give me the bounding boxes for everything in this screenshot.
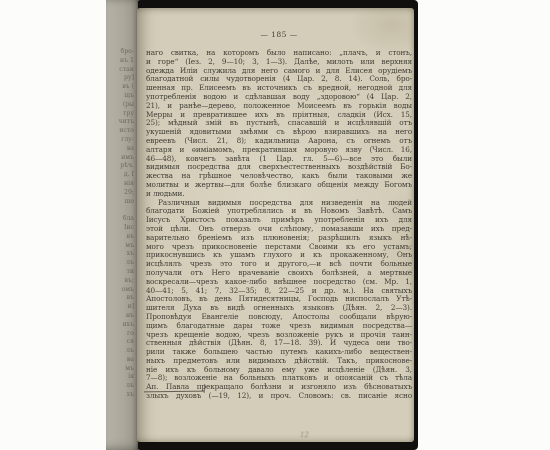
gutter-text-fragment: въ;: [108, 277, 134, 286]
gutter-text-fragment: ва: [108, 356, 134, 365]
gutter-text-fragments: бро-нъ 1станру]въ (щъ(рытручитъистоглу-в…: [108, 48, 134, 408]
facing-page-edge: бро-нъ 1станру]въ (щъ(рытручитъистоглу-в…: [106, 0, 138, 450]
gutter-text-fragment: лъ: [108, 347, 134, 356]
gutter-text-fragment: читъ: [108, 118, 134, 127]
gutter-text-fragment: 29;: [108, 189, 134, 198]
book-page: — 185 — наго свитка, на которомъ было на…: [137, 8, 414, 442]
gutter-text-fragment: рѣч.: [108, 162, 134, 171]
gutter-text-fragment: ихъ: [108, 321, 134, 330]
gutter-text-fragment: хъ: [108, 250, 134, 259]
gutter-text-fragment: лъ: [108, 259, 134, 268]
gutter-text-fragment: имъ: [108, 154, 134, 163]
text-line: злыхъ духовъ (—19, 12), и проч. Словомъ:…: [146, 392, 412, 401]
gutter-text-fragment: тру: [108, 110, 134, 119]
gutter-text-fragment: ру]: [108, 74, 134, 83]
gutter-text-fragment: Іис: [108, 224, 134, 233]
gutter-text-fragment: ся: [108, 338, 134, 347]
gutter-text-fragment: стан: [108, 66, 134, 75]
gutter-text-fragment: лъ: [108, 382, 134, 391]
gutter-text-fragment: мъ: [108, 242, 134, 251]
gutter-text-fragment: (ры: [108, 101, 134, 110]
gutter-text-fragment: хъ: [108, 391, 134, 400]
page-number: — 185 —: [146, 30, 412, 39]
gutter-text-fragment: нъ 1: [108, 57, 134, 66]
gutter-text-fragment: нія: [108, 180, 134, 189]
gutter-text-fragment: ва: [108, 145, 134, 154]
gutter-text-fragment: [108, 206, 134, 215]
gutter-text-fragment: омъ: [108, 286, 134, 295]
text-block: наго свитка, на которомъ было написано: …: [146, 49, 412, 405]
photo-background: { "photo": { "background_color": "#fcfcf…: [0, 0, 550, 450]
gutter-text-fragment: въ: [108, 294, 134, 303]
gutter-text-fragment: бро-: [108, 48, 134, 57]
gutter-text-fragment: въ (: [108, 83, 134, 92]
gutter-text-fragment: нъ: [108, 312, 134, 321]
gutter-text-fragment: ше: [108, 198, 134, 207]
gutter-text-fragment: исто: [108, 127, 134, 136]
gutter-text-fragment: ія: [108, 373, 134, 382]
gutter-text-fragment: въ: [108, 233, 134, 242]
book-photo: бро-нъ 1станру]въ (щъ(рытручитъистоглу-в…: [106, 0, 418, 450]
gutter-text-fragment: бла: [108, 215, 134, 224]
gutter-text-fragment: го: [108, 330, 134, 339]
gutter-text-fragment: ти: [108, 268, 134, 277]
text-line: молитвы и жертвы—для болѣе близкаго обще…: [146, 181, 412, 190]
gutter-text-fragment: д. І: [108, 171, 134, 180]
gutter-text-fragment: щъ: [108, 92, 134, 101]
gutter-text-fragment: мъ: [108, 365, 134, 374]
gutter-text-fragment: и]: [108, 303, 134, 312]
gutter-text-fragment: глу-: [108, 136, 134, 145]
footer-mark: 12: [300, 431, 309, 439]
